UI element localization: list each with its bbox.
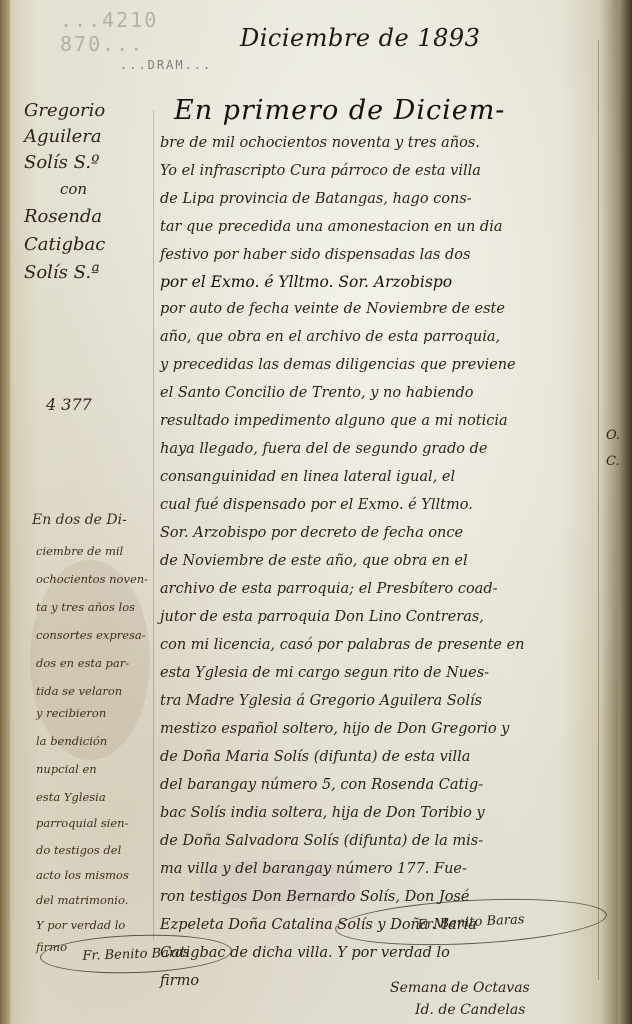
body-line: En primero de Diciem- [174, 95, 505, 126]
body-line: de Doña Maria Solís (difunta) de esta vi… [160, 749, 470, 765]
body-line: cual fué dispensado por el Exmo. é Ylltm… [160, 497, 473, 513]
body-line: haya llegado, fuera del de segundo grado… [160, 441, 487, 457]
margin-name: Solís S.ª [24, 262, 100, 283]
margin-note-line: parroquial sien- [36, 816, 128, 830]
header-date: Diciembre de 1893 [240, 24, 480, 52]
margin-name: Rosenda [24, 206, 102, 227]
margin-note-line: la bendición [36, 734, 107, 748]
side-mark: C. [606, 454, 620, 469]
body-line: año, que obra en el archivo de esta parr… [160, 329, 500, 345]
side-mark: O. [606, 428, 620, 443]
margin-note-line: del matrimonio. [36, 893, 128, 907]
footer-note: Id. de Candelas [415, 1002, 525, 1018]
entry-number: 4 377 [46, 395, 92, 414]
margin-note-line: y recibieron [36, 706, 106, 720]
body-line: firmo [160, 973, 199, 989]
body-line: por auto de fecha veinte de Noviembre de… [160, 301, 505, 317]
right-rule [598, 40, 599, 980]
register-page: ...4210 870... ...DRAM... Diciembre de 1… [0, 0, 632, 1024]
page-binding-edge [0, 0, 10, 1024]
body-line: Yo el infrascripto Cura párroco de esta … [160, 163, 481, 179]
body-line: bac Solís india soltera, hija de Don Tor… [160, 805, 485, 821]
body-line: y precedidas las demas diligencias que p… [160, 357, 516, 373]
body-line: ron testigos Don Bernardo Solís, Don Jos… [160, 889, 469, 905]
margin-note-line: do testigos del [36, 843, 121, 857]
body-line: de Doña Salvadora Solís (difunta) de la … [160, 833, 483, 849]
margin-name: Gregorio [24, 100, 105, 121]
signature-right-text: Fr. Benito Baras [417, 912, 525, 933]
footer-note: Semana de Octavas [390, 980, 530, 996]
body-line: esta Yglesia de mi cargo segun rito de N… [160, 665, 489, 681]
margin-note-line: esta Yglesia [36, 790, 106, 804]
margin-note-line: ta y tres años los [36, 600, 135, 614]
body-line: archivo de esta parroquia; el Presbítero… [160, 581, 498, 597]
signature-left: Fr. Benito Baras [39, 932, 232, 977]
body-line: resultado impedimento alguno que a mi no… [160, 413, 508, 429]
body-line: mestizo español soltero, hijo de Don Gre… [160, 721, 509, 737]
body-line: el Santo Concilio de Trento, y no habien… [160, 385, 474, 401]
margin-note-line: consortes expresa- [36, 628, 146, 642]
margin-name: Catigbac [24, 234, 105, 255]
body-line: consanguinidad en linea lateral igual, e… [160, 469, 455, 485]
body-line: jutor de esta parroquia Don Lino Contrer… [160, 609, 484, 625]
body-line: tra Madre Yglesia á Gregorio Aguilera So… [160, 693, 482, 709]
body-line: ma villa y del barangay número 177. Fue- [160, 861, 467, 877]
margin-note-line: En dos de Di- [32, 512, 127, 528]
margin-name: Solís S.º [24, 152, 100, 173]
margin-name: con [60, 180, 87, 198]
body-line: del barangay número 5, con Rosenda Catig… [160, 777, 483, 793]
body-line: de Noviembre de este año, que obra en el [160, 553, 468, 569]
margin-rule [153, 110, 154, 940]
margin-note-line: ciembre de mil [36, 544, 123, 558]
body-line: por el Exmo. é Ylltmo. Sor. Arzobispo [160, 273, 452, 291]
body-line: de Lipa provincia de Batangas, hago cons… [160, 191, 472, 207]
archive-stamp: ...4210 870... ...DRAM... [60, 8, 240, 78]
body-line: Sor. Arzobispo por decreto de fecha once [160, 525, 463, 541]
body-line: festivo por haber sido dispensadas las d… [160, 247, 470, 263]
stamp-number: ...4210 870... [60, 8, 240, 56]
body-line: con mi licencia, casó por palabras de pr… [160, 637, 525, 653]
body-line: bre de mil ochocientos noventa y tres añ… [160, 135, 480, 151]
margin-note-line: acto los mismos [36, 868, 129, 882]
margin-note-line: nupcial en [36, 762, 97, 776]
margin-note-line: ochocientos noven- [36, 572, 148, 586]
stamp-small: ...DRAM... [120, 58, 212, 72]
signature-left-text: Fr. Benito Baras [82, 945, 189, 964]
margin-name: Aguilera [24, 126, 102, 147]
margin-note-line: tida se velaron [36, 684, 122, 698]
margin-note-line: dos en esta par- [36, 656, 129, 670]
page-outer-edge [618, 0, 632, 1024]
margin-note-line: Y por verdad lo [36, 918, 125, 932]
body-line: tar que precedida una amonestacion en un… [160, 219, 502, 235]
